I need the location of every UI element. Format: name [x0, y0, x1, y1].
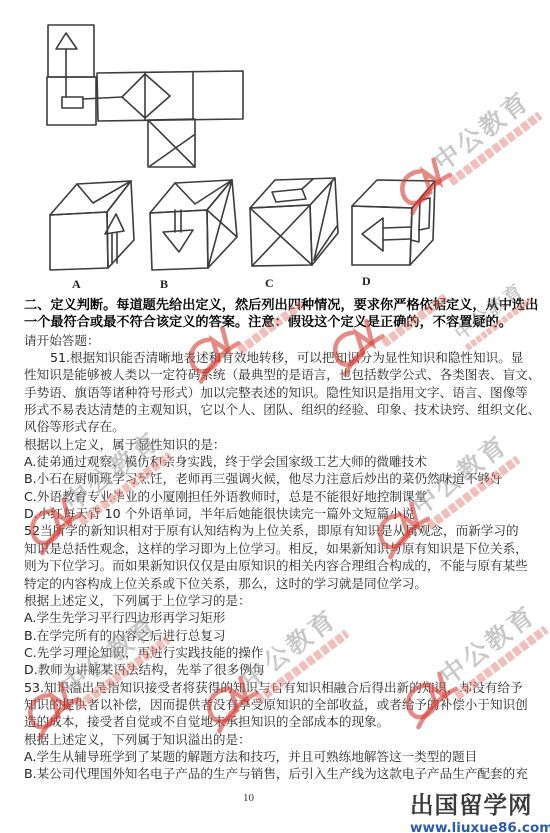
text-line: 造的成本，接受者自觉或不自觉地未承担知识的全部成本的现象。 [24, 713, 532, 730]
text-line: 手势语、旗语等诸种符号形式）加以完整表述的知识。隐性知识是指用文字、语言、图像等 [24, 384, 532, 401]
cube-option-b [138, 168, 243, 280]
site-url-text[interactable]: www.liuxue86.com [410, 820, 550, 833]
text-line: 请开始答题： [24, 332, 532, 349]
text-line: B.在学完所有的内容之后进行总复习 [24, 627, 532, 644]
cube-option-label-d: D [362, 274, 371, 289]
cube-option-label-a: A [72, 277, 81, 292]
text-line: 53.知识溢出是指知识接受者将获得的知识与自有知识相融合后得出新的知识，却没有给… [24, 679, 532, 696]
text-line: 知识是总括性观念，这样的学习即为上位学习。相反，如果新知识与原有知识是下位关系， [24, 540, 532, 557]
text-line: B.某公司代理国外知名电子产品的生产与销售，后引入生产线为这款电子产品生产配套的… [24, 765, 532, 782]
cube-option-label-b: B [160, 277, 168, 292]
cube-option-label-c: C [265, 276, 274, 291]
cube-option-d [336, 166, 444, 280]
site-name: 出国留学网 [410, 786, 545, 820]
watermark-ribbon [448, 111, 543, 186]
text-line: 形式不易表达清楚的主观知识，它以个人、团队、组织的经验、印象、技术诀窍、组织文化… [24, 401, 532, 418]
text-line: 根据以上定义，属于显性知识的是： [24, 436, 532, 453]
text-line: 二、定义判断。每道题先给出定义，然后列出四种情况，要求你严格依据定义，从中选出 [24, 297, 532, 314]
text-line: 51.根据知识能否清晰地表述和有效地转移，可以把知识分为显性知识和隐性知识。显 [24, 349, 532, 366]
exam-page-scan: A B C D 二、定义判断。每道题先给出定义，然后列出四种情况，要求你严格依据… [0, 0, 550, 833]
text-line: C.先学习理论知识，再进行实践技能的操作 [24, 644, 532, 661]
text-line: A.学生从辅导班学到了某题的解题方法和技巧，并且可熟练地解答这一类型的题目 [24, 748, 532, 765]
text-line: 特定的内容构成上位关系或下位关系，那么，这时的学习就是同位学习。 [24, 575, 532, 592]
text-line: 知识的提供者以补偿，因而提供者没有享受原知识的全部收益，或者给予的补偿小于知识创 [24, 696, 532, 713]
question-text-block: 二、定义判断。每道题先给出定义，然后列出四种情况，要求你严格依据定义，从中选出一… [24, 297, 532, 783]
text-line: C.外语教育专业毕业的小厦刚担任外语教师时，总是不能很好地控制课堂 [24, 488, 532, 505]
site-logo: 出国留学网 www.liuxue86.comM [410, 786, 545, 833]
text-line: D.小红每天背 10 个外语单词，半年后她能很快读完一篇外文短篇小说 [24, 505, 532, 522]
text-line: 则为下位学习。而如果新知识仅仅是由原知识的相关内容合理组合构成的，不能与原有某些 [24, 557, 532, 574]
text-line: 性知识是能够被人类以一定符码系统（最典型的是语言，也包括数学公式、各类图表、盲文… [24, 366, 532, 383]
text-line: 根据上述定义，下列属于知识溢出的是： [24, 731, 532, 748]
cube-net-figure [40, 18, 250, 173]
text-line: A.徒弟通过观察、模仿和亲身实践，终于学会国家级工艺大师的微雕技术 [24, 453, 532, 470]
site-url-link[interactable]: www.liuxue86.comM [410, 820, 545, 833]
text-line: 一个最符合或最不符合该定义的答案。注意：假设这个定义是正确的，不容置疑的。 [24, 314, 532, 331]
text-line: A.学生先学习平行四边形再学习矩形 [24, 609, 532, 626]
text-line: D.教师为讲解某语法结构，先举了很多例句 [24, 661, 532, 678]
text-line: 52当所学的新知识相对于原有认知结构为上位关系，即原有知识是从属观念，而新学习的 [24, 522, 532, 539]
text-line: B.小石在厨师班学习烹饪，老师再三强调火候，他尽力注意后炒出的菜仍然味道不够好 [24, 470, 532, 487]
cube-option-a [42, 170, 142, 280]
text-line: 根据上述定义，下列属于上位学习的是： [24, 592, 532, 609]
page-number: 10 [243, 792, 254, 804]
text-line: 风俗等形式存在。 [24, 418, 532, 435]
watermark-brand-text: 中公教育 [426, 82, 537, 178]
cube-option-c [236, 166, 344, 280]
